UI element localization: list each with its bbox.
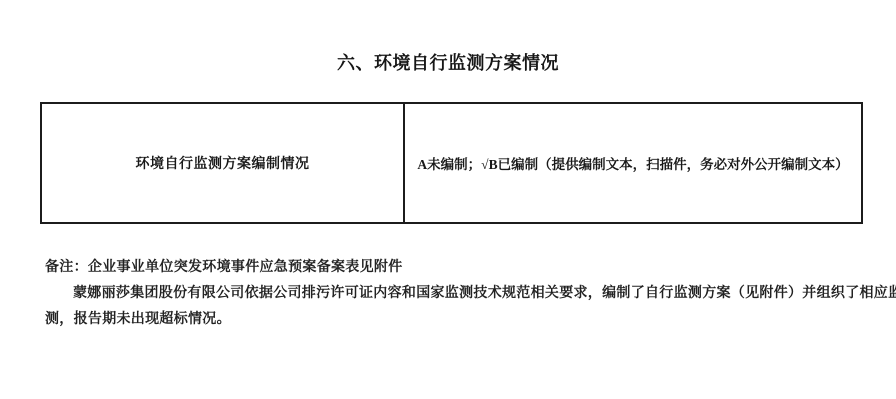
- note-remark-line: 备注：企业事业单位突发环境事件应急预案备案表见附件: [45, 253, 861, 279]
- table-cell-plan-status: A未编制；√B已编制（提供编制文本，扫描件，务必对外公开编制文本）: [403, 104, 861, 222]
- monitoring-plan-table: 环境自行监测方案编制情况 A未编制；√B已编制（提供编制文本，扫描件，务必对外公…: [40, 102, 863, 224]
- table-cell-plan-label: 环境自行监测方案编制情况: [42, 104, 403, 222]
- notes-section: 备注：企业事业单位突发环境事件应急预案备案表见附件 蒙娜丽莎集团股份有限公司依据…: [45, 253, 861, 331]
- note-paragraph-line-2: 测，报告期未出现超标情况。: [45, 305, 861, 331]
- note-paragraph-line-1: 蒙娜丽莎集团股份有限公司依据公司排污许可证内容和国家监测技术规范相关要求，编制了…: [45, 279, 861, 305]
- section-title: 六、环境自行监测方案情况: [0, 49, 896, 75]
